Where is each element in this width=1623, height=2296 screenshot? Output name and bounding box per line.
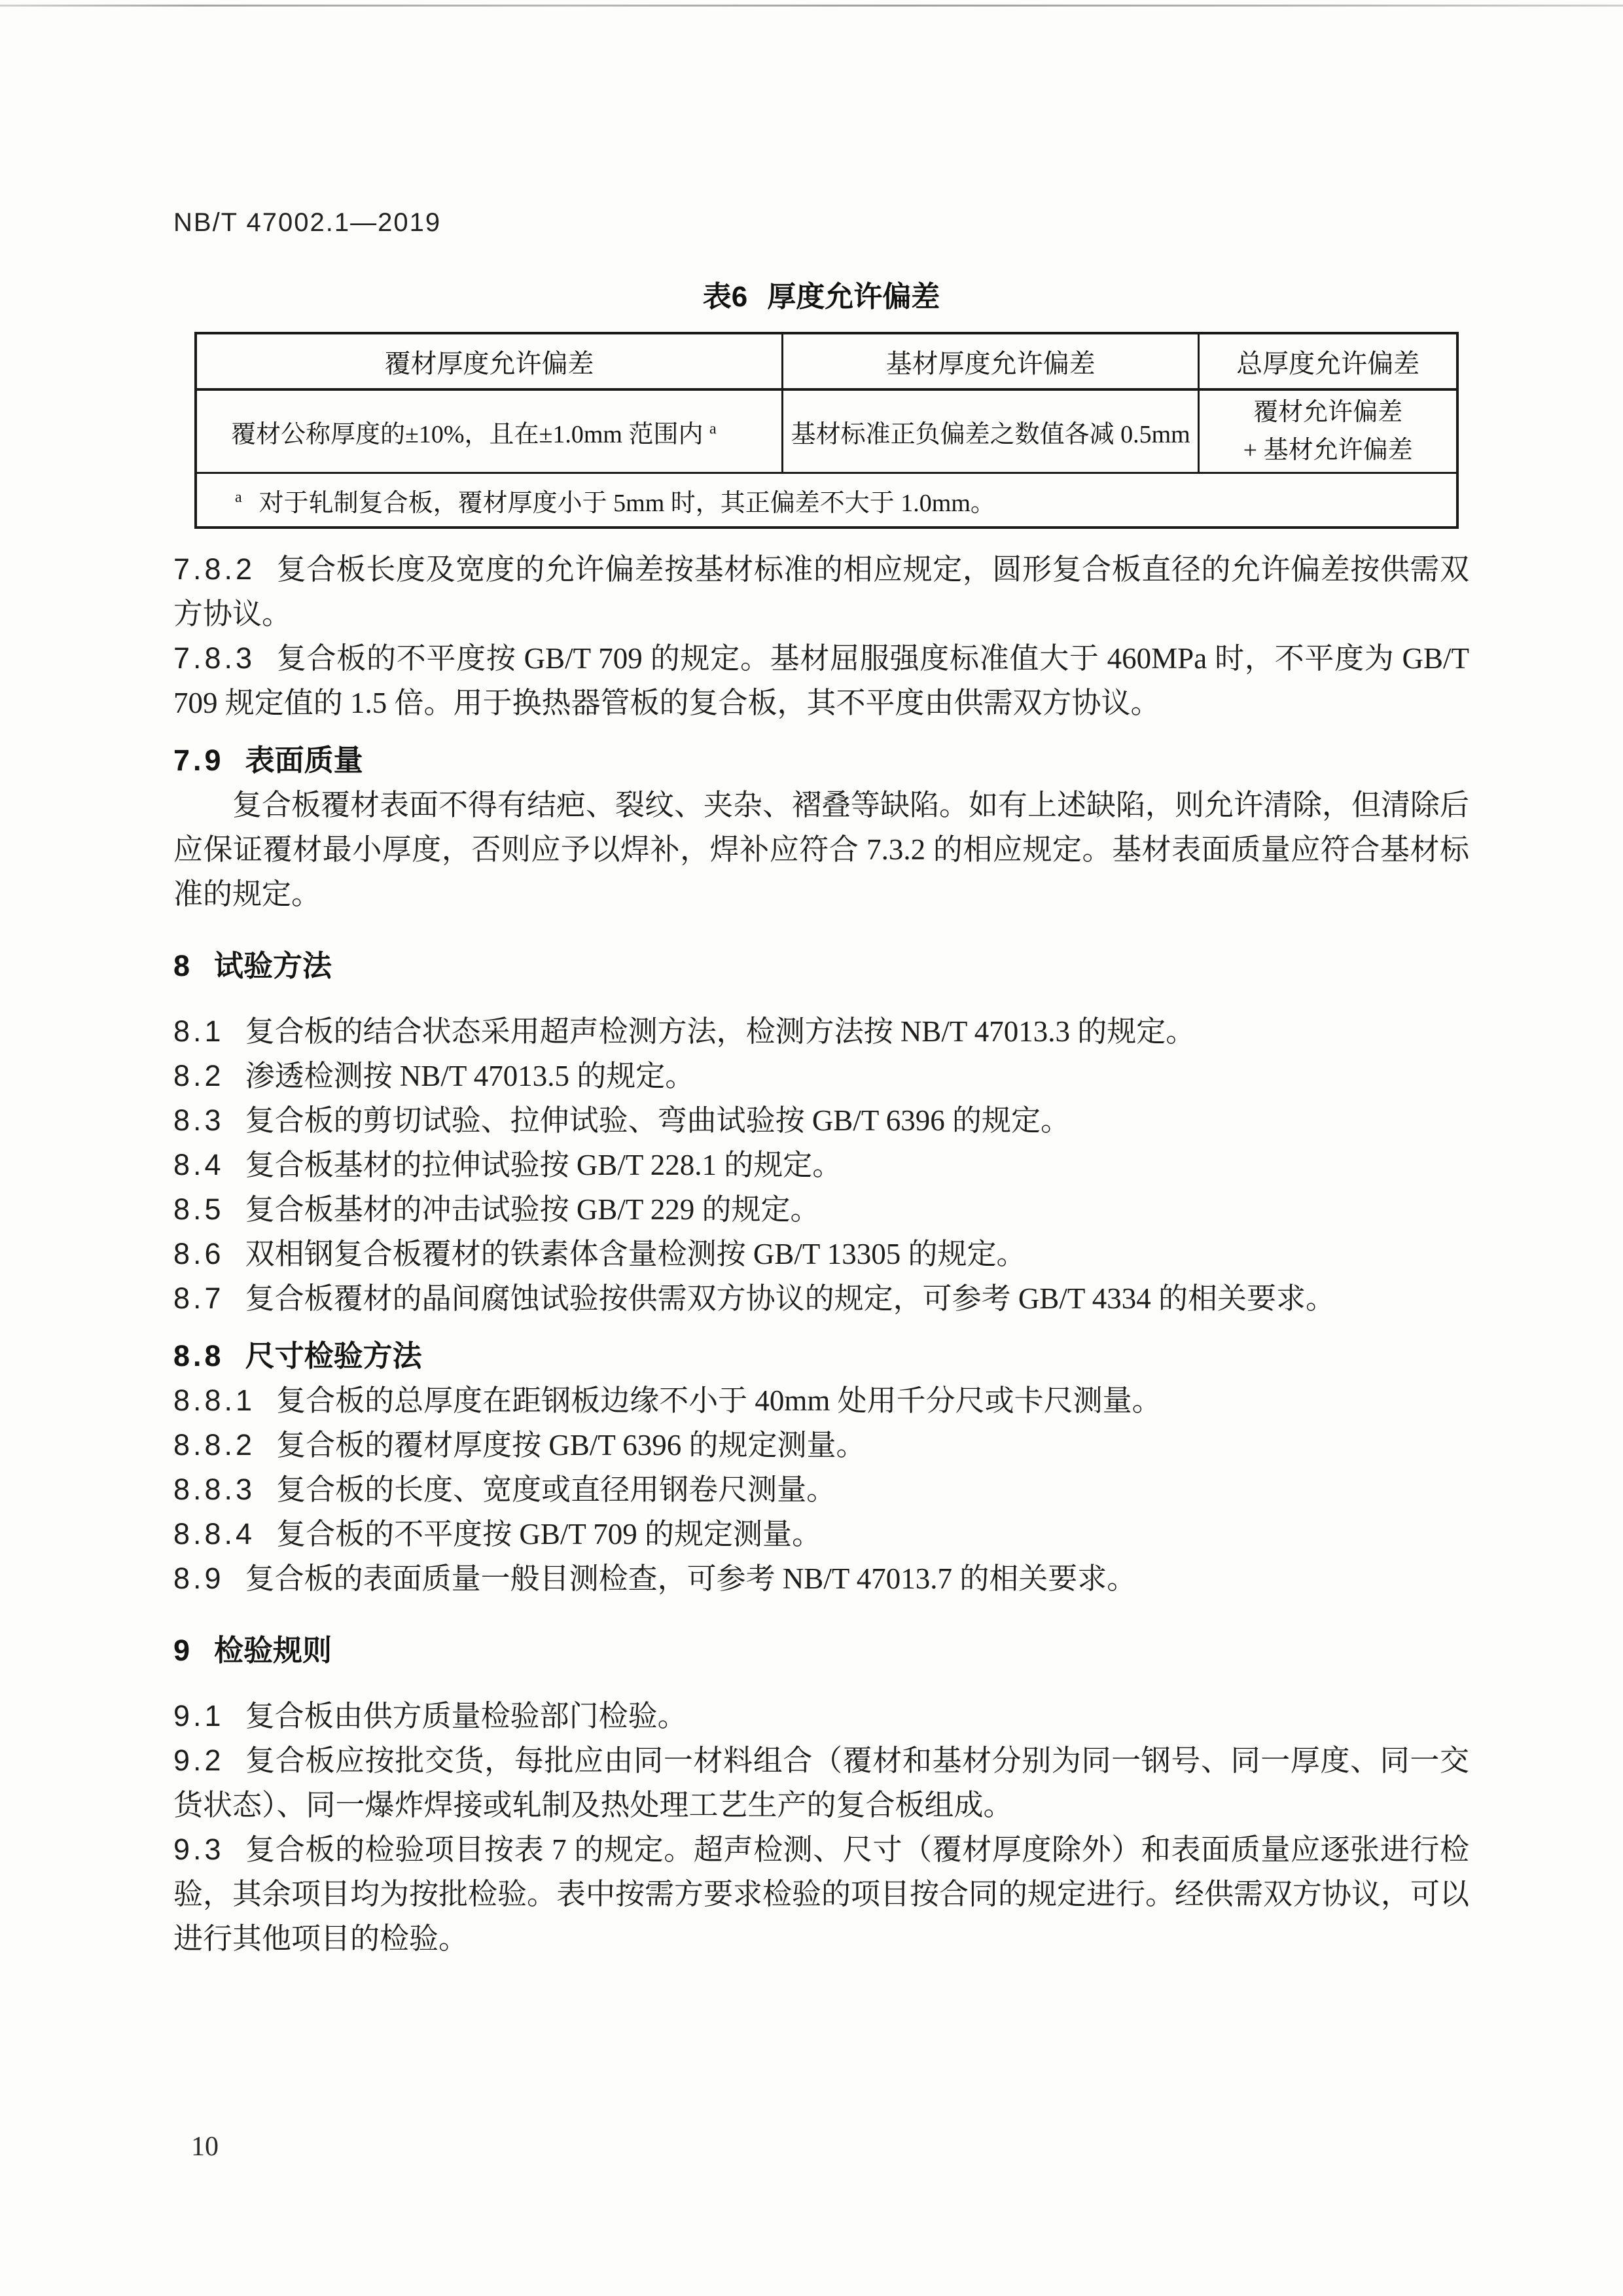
table6: 覆材厚度允许偏差 基材厚度允许偏差 总厚度允许偏差 覆材公称厚度的±10%，且在… [194,332,1459,529]
total-tolerance-line2: + 基材允许偏差 [1243,437,1413,464]
note-ref-a: a [709,420,717,437]
chapter-text: 试验方法 [214,949,332,982]
clause-text: 复合板由供方质量检验部门检验。 [245,1700,687,1732]
clause-text: 复合板的表面质量一般目测检查，可参考 NB/T 47013.7 的相关要求。 [245,1562,1137,1595]
table6-title: 表6厚度允许偏差 [173,273,1469,315]
footnote-marker-a: a [235,489,242,506]
clause-8-1: 8.1复合板的结合状态采用超声检测方法，检测方法按 NB/T 47013.3 的… [173,1009,1469,1054]
chapter-text: 检验规则 [214,1634,332,1667]
clause-number: 7.8.2 [173,552,255,586]
clause-text: 复合板基材的冲击试验按 GB/T 229 的规定。 [245,1193,820,1226]
table6-footnote: a对于轧制复合板，覆材厚度小于 5mm 时，其正偏差不大于 1.0mm。 [196,473,1457,528]
clause-7-8-3: 7.8.3复合板的不平度按 GB/T 709 的规定。基材屈服强度标准值大于 4… [173,636,1469,725]
body-text: 7.8.2复合板长度及宽度的允许偏差按基材标准的相应规定，圆形复合板直径的允许偏… [173,547,1469,1961]
clause-text: 复合板的剪切试验、拉伸试验、弯曲试验按 GB/T 6396 的规定。 [245,1104,1070,1137]
clause-number: 8.8.1 [173,1384,255,1417]
clause-text: 复合板的长度、宽度或直径用钢卷尺测量。 [276,1473,836,1506]
cell-base-tolerance: 基材标准正负偏差之数值各减 0.5mm [783,389,1199,473]
clause-number: 8.4 [173,1148,224,1181]
clause-8-3: 8.3复合板的剪切试验、拉伸试验、弯曲试验按 GB/T 6396 的规定。 [173,1098,1469,1143]
heading-8-8: 8.8尺寸检验方法 [173,1334,1469,1378]
clause-9-2: 9.2复合板应按批交货，每批应由同一材料组合（覆材和基材分别为同一钢号、同一厚度… [173,1738,1469,1827]
clause-text: 复合板覆材的晶间腐蚀试验按供需双方协议的规定，可参考 GB/T 4334 的相关… [245,1282,1335,1315]
clause-8-8-1: 8.8.1复合板的总厚度在距钢板边缘不小于 40mm 处用千分尺或卡尺测量。 [173,1378,1469,1423]
chapter-number: 8 [173,949,193,982]
standard-number: NB/T 47002.1—2019 [173,208,1469,238]
clause-text: 复合板的不平度按 GB/T 709 的规定。基材屈服强度标准值大于 460MPa… [173,642,1469,719]
clause-number: 8.2 [173,1059,224,1092]
clause-number: 9.3 [173,1833,224,1866]
column-header-total-tolerance: 总厚度允许偏差 [1199,333,1457,389]
clause-number: 9.2 [173,1744,224,1777]
clause-number: 8.1 [173,1014,224,1048]
paragraph-text: 复合板覆材表面不得有结疤、裂纹、夹杂、褶叠等缺陷。如有上述缺陷，则允许清除，但清… [173,789,1469,910]
heading-text: 尺寸检验方法 [245,1339,422,1372]
cell-total-tolerance: 覆材允许偏差 + 基材允许偏差 [1199,389,1457,473]
chapter-number: 9 [173,1634,193,1667]
clause-number: 8.8.3 [173,1473,255,1506]
clause-9-3: 9.3复合板的检验项目按表 7 的规定。超声检测、尺寸（覆材厚度除外）和表面质量… [173,1827,1469,1961]
total-tolerance-line1: 覆材允许偏差 [1253,399,1402,426]
chapter-8: 8试验方法 [173,944,1469,988]
clause-text: 复合板的检验项目按表 7 的规定。超声检测、尺寸（覆材厚度除外）和表面质量应逐张… [173,1833,1469,1955]
heading-7-9: 7.9表面质量 [173,738,1469,783]
document-page: NB/T 47002.1—2019 表6厚度允许偏差 覆材厚度允许偏差 基材厚度… [0,0,1623,2296]
clause-text: 复合板的不平度按 GB/T 709 的规定测量。 [276,1518,821,1551]
clause-number: 8.6 [173,1237,224,1270]
column-header-clad-tolerance: 覆材厚度允许偏差 [196,333,783,389]
clause-8-5: 8.5复合板基材的冲击试验按 GB/T 229 的规定。 [173,1187,1469,1232]
clause-8-4: 8.4复合板基材的拉伸试验按 GB/T 228.1 的规定。 [173,1143,1469,1187]
clause-text: 复合板的覆材厚度按 GB/T 6396 的规定测量。 [276,1429,865,1462]
clause-8-8-4: 8.8.4复合板的不平度按 GB/T 709 的规定测量。 [173,1512,1469,1556]
clause-number: 8.5 [173,1193,224,1226]
clad-tolerance-text: 覆材公称厚度的±10%，且在±1.0mm 范围内 [231,421,703,448]
clause-text: 复合板基材的拉伸试验按 GB/T 228.1 的规定。 [245,1149,842,1181]
clause-9-1: 9.1复合板由供方质量检验部门检验。 [173,1694,1469,1738]
page-number: 10 [191,2131,219,2162]
table6-caption: 厚度允许偏差 [767,281,940,313]
clause-8-9: 8.9复合板的表面质量一般目测检查，可参考 NB/T 47013.7 的相关要求… [173,1556,1469,1601]
table6-label: 表6 [703,281,747,313]
clause-8-7: 8.7复合板覆材的晶间腐蚀试验按供需双方协议的规定，可参考 GB/T 4334 … [173,1276,1469,1321]
clause-number: 9.1 [173,1699,224,1732]
clause-number: 8.7 [173,1282,224,1315]
cell-clad-tolerance: 覆材公称厚度的±10%，且在±1.0mm 范围内 a [196,389,783,473]
clause-8-8-2: 8.8.2复合板的覆材厚度按 GB/T 6396 的规定测量。 [173,1423,1469,1467]
clause-text: 复合板的结合状态采用超声检测方法，检测方法按 NB/T 47013.3 的规定。 [245,1015,1196,1048]
clause-number: 7.8.3 [173,641,255,675]
paragraph-surface-quality: 复合板覆材表面不得有结疤、裂纹、夹杂、褶叠等缺陷。如有上述缺陷，则允许清除，但清… [173,783,1469,916]
heading-number: 7.9 [173,744,224,777]
clause-number: 8.8.2 [173,1428,255,1462]
clause-text: 双相钢复合板覆材的铁素体含量检测按 GB/T 13305 的规定。 [245,1238,1026,1270]
clause-8-6: 8.6双相钢复合板覆材的铁素体含量检测按 GB/T 13305 的规定。 [173,1232,1469,1276]
column-header-base-tolerance: 基材厚度允许偏差 [783,333,1199,389]
clause-number: 8.9 [173,1562,224,1595]
footnote-text: 对于轧制复合板，覆材厚度小于 5mm 时，其正偏差不大于 1.0mm。 [259,490,995,517]
page-content: NB/T 47002.1—2019 表6厚度允许偏差 覆材厚度允许偏差 基材厚度… [173,0,1469,1961]
heading-text: 表面质量 [245,744,363,777]
clause-8-2: 8.2渗透检测按 NB/T 47013.5 的规定。 [173,1054,1469,1098]
table6-data-row: 覆材公称厚度的±10%，且在±1.0mm 范围内 a 基材标准正负偏差之数值各减… [196,389,1457,473]
clause-text: 复合板的总厚度在距钢板边缘不小于 40mm 处用千分尺或卡尺测量。 [276,1384,1162,1417]
clause-text: 复合板应按批交货，每批应由同一材料组合（覆材和基材分别为同一钢号、同一厚度、同一… [173,1744,1469,1821]
clause-number: 8.8.4 [173,1517,255,1551]
clause-number: 8.3 [173,1103,224,1137]
clause-8-8-3: 8.8.3复合板的长度、宽度或直径用钢卷尺测量。 [173,1467,1469,1512]
clause-text: 渗透检测按 NB/T 47013.5 的规定。 [245,1060,695,1092]
heading-number: 8.8 [173,1339,224,1372]
table6-footnote-row: a对于轧制复合板，覆材厚度小于 5mm 时，其正偏差不大于 1.0mm。 [196,473,1457,528]
clause-7-8-2: 7.8.2复合板长度及宽度的允许偏差按基材标准的相应规定，圆形复合板直径的允许偏… [173,547,1469,636]
chapter-9: 9检验规则 [173,1628,1469,1673]
clause-text: 复合板长度及宽度的允许偏差按基材标准的相应规定，圆形复合板直径的允许偏差按供需双… [173,553,1469,630]
table6-header-row: 覆材厚度允许偏差 基材厚度允许偏差 总厚度允许偏差 [196,333,1457,389]
